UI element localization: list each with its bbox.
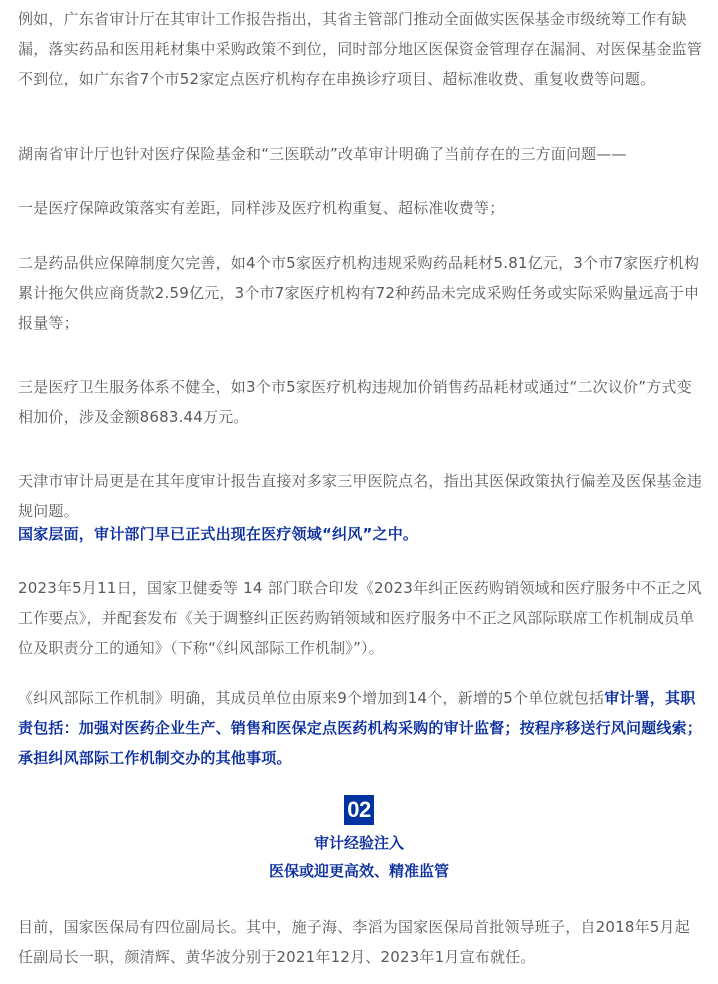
highlight-national-level: 国家层面，审计部门早已正式出现在医疗领域“纠风”之中。 xyxy=(18,519,702,549)
paragraph-point-one: 一是医疗保障政策落实有差距，同样涉及医疗机构重复、超标准收费等； xyxy=(18,193,702,223)
paragraph-deputy-directors: 目前，国家医保局有四位副局长。其中，施子海、李滔为国家医保局首批领导班子，自20… xyxy=(18,912,702,972)
section-number-badge: 02 xyxy=(344,795,374,825)
paragraph-hunan-audit: 湖南省审计厅也针对医疗保险基金和“三医联动”改革审计明确了当前存在的三方面问题—… xyxy=(18,139,702,169)
section-title-line1: 审计经验注入 xyxy=(0,830,718,856)
mechanism-text: 《纠风部际工作机制》明确，其成员单位由原来9个增加到14个，新增的5个单位就包括 xyxy=(18,689,604,707)
paragraph-notice-2023: 2023年5月11日，国家卫健委等 14 部门联合印发《2023年纠正医药购销领… xyxy=(18,573,702,663)
paragraph-point-two: 二是药品供应保障制度欠完善，如4个市5家医疗机构违规采购药品耗材5.81亿元，3… xyxy=(18,248,702,338)
paragraph-tianjin-audit: 天津市审计局更是在其年度审计报告直接对多家三甲医院点名，指出其医保政策执行偏差及… xyxy=(18,466,702,526)
paragraph-mechanism-members: 《纠风部际工作机制》明确，其成员单位由原来9个增加到14个，新增的5个单位就包括… xyxy=(18,683,702,773)
paragraph-point-three: 三是医疗卫生服务体系不健全，如3个市5家医疗机构违规加价销售药品耗材或通过“二次… xyxy=(18,372,702,432)
section-header-02: 02 审计经验注入 医保或迎更高效、精准监管 xyxy=(0,795,718,884)
paragraph-guangdong-audit: 例如，广东省审计厅在其审计工作报告指出，其省主管部门推动全面做实医保基金市级统筹… xyxy=(18,4,702,94)
section-title-line2: 医保或迎更高效、精准监管 xyxy=(0,858,718,884)
